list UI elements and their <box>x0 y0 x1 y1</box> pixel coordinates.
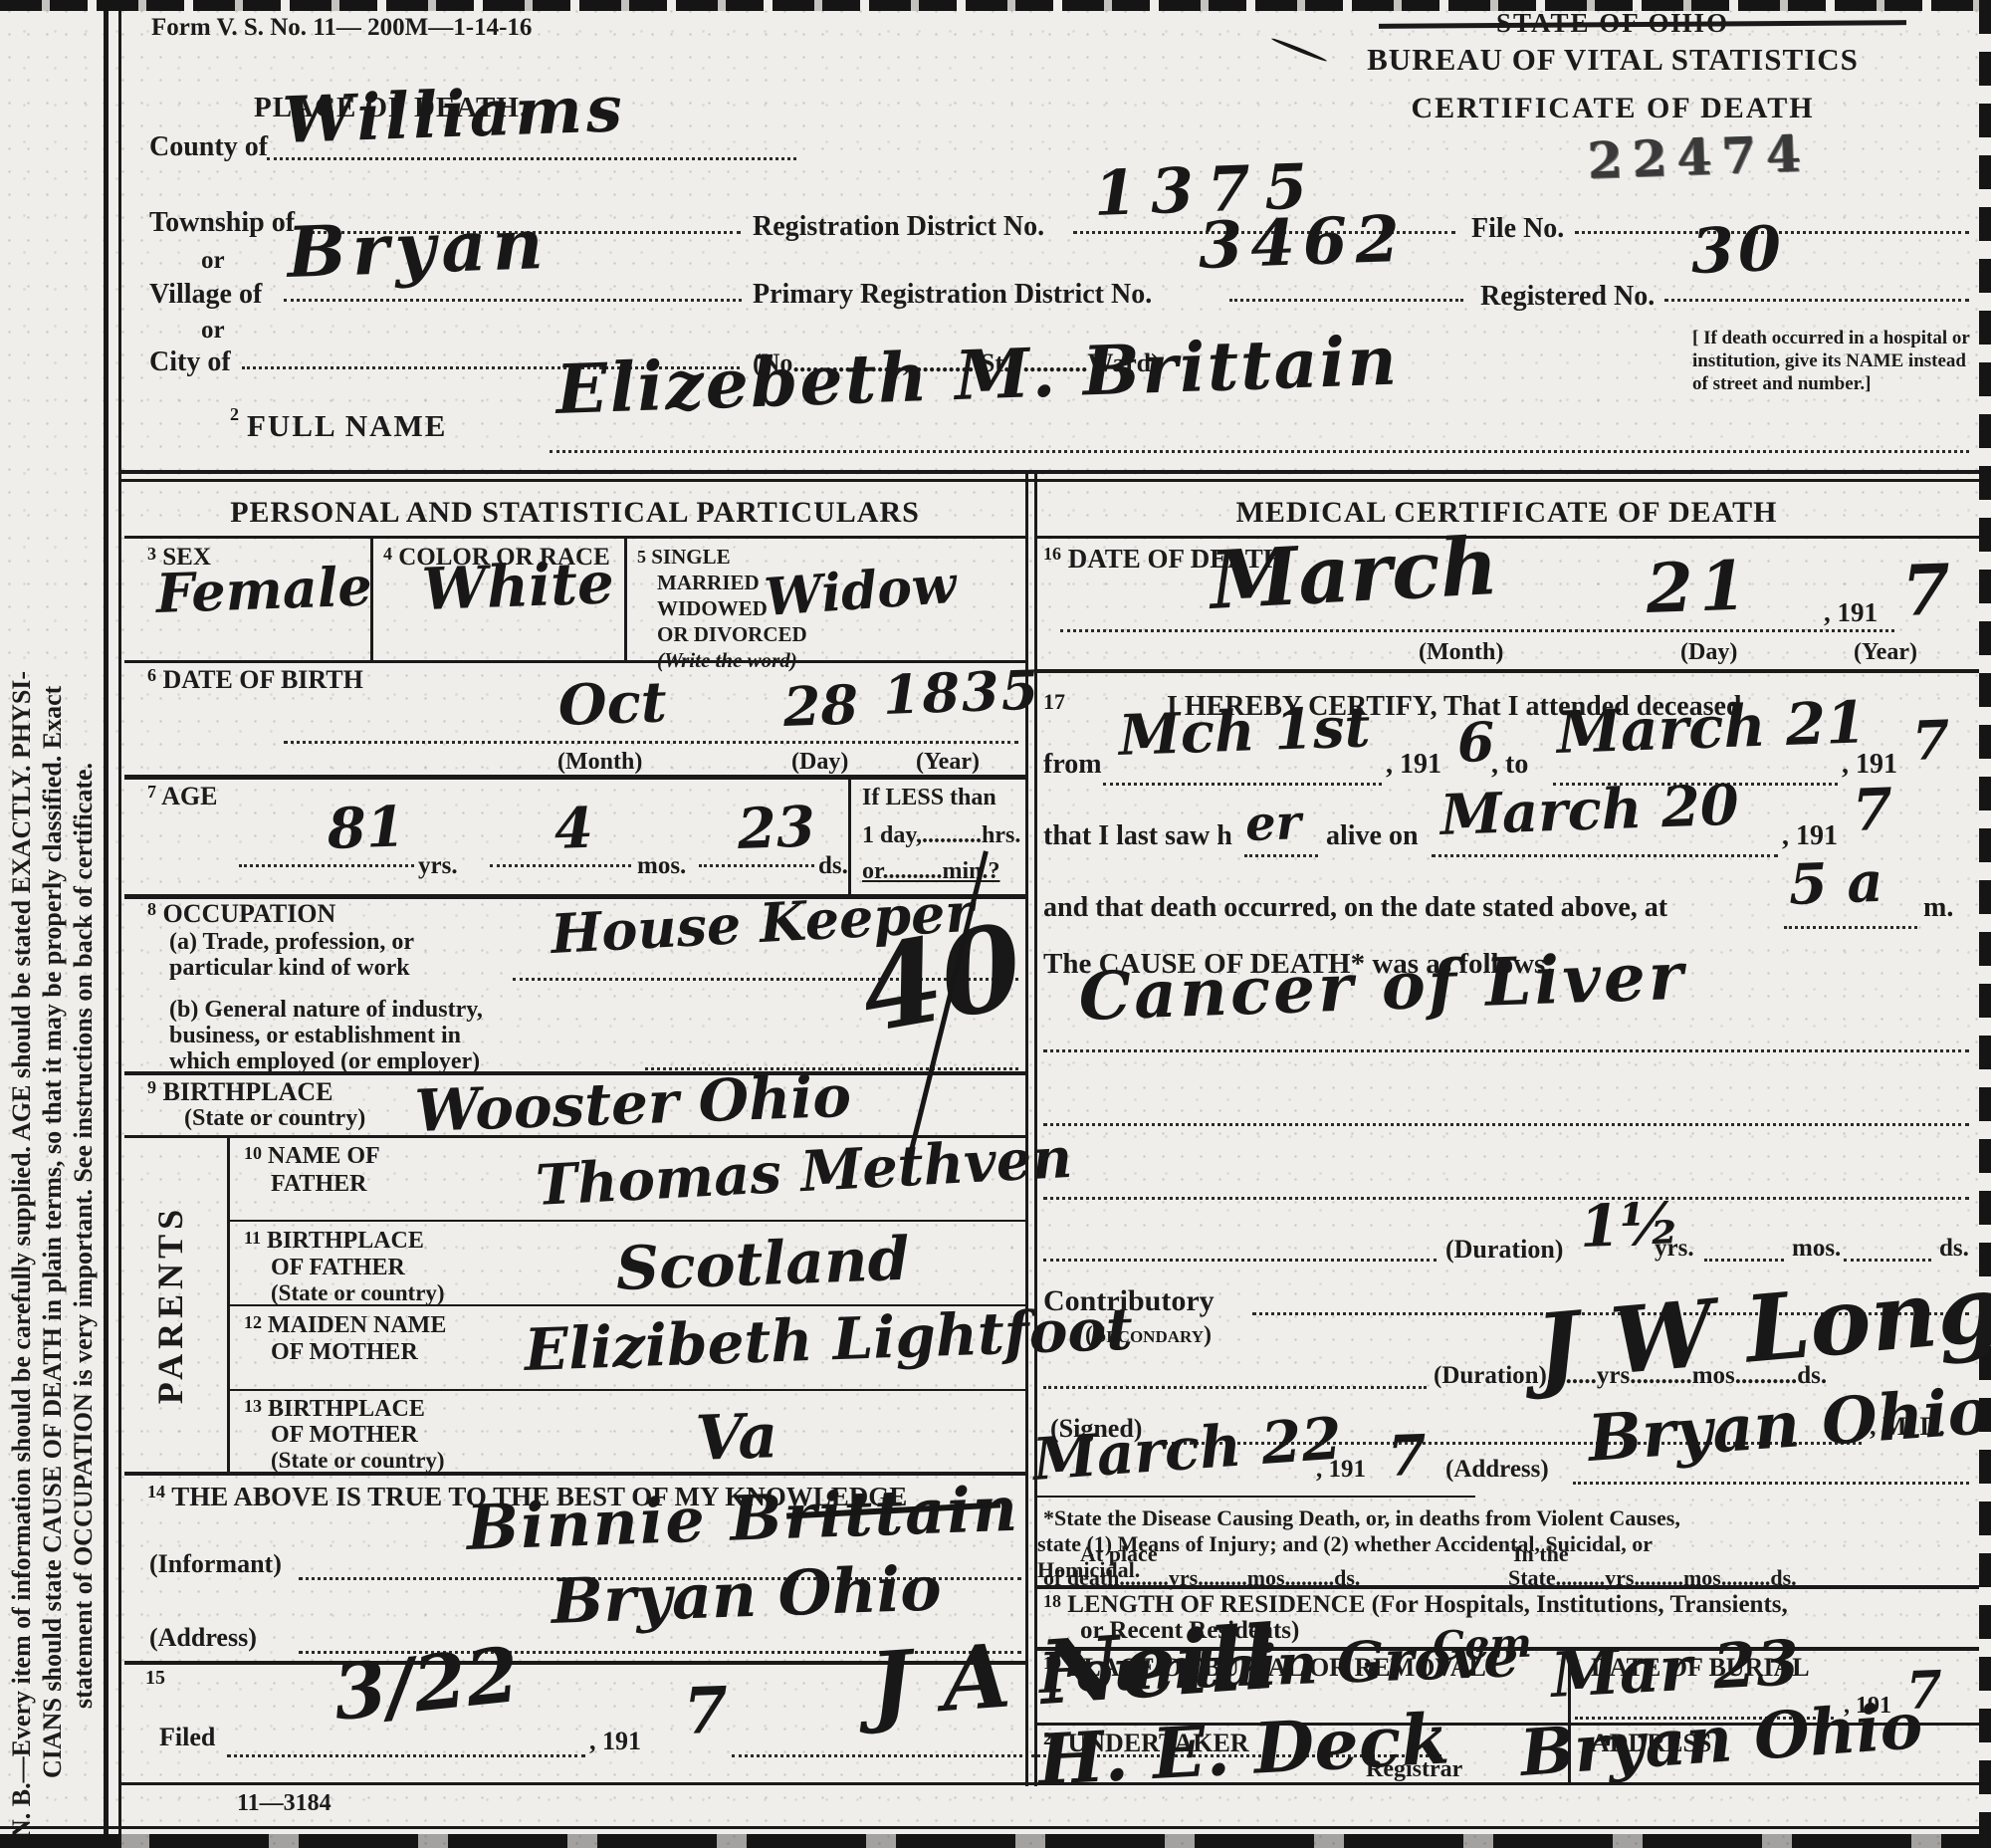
rule <box>1037 1496 1475 1498</box>
dod-month-value: March <box>1208 519 1500 627</box>
filed-year-hw: 7 <box>682 1673 729 1749</box>
field-number: 5 <box>637 547 646 567</box>
dod-year-hw: 7 <box>1900 548 1952 632</box>
full-name-value: Elizebeth M. Brittain <box>554 322 1400 430</box>
rule <box>124 775 1025 780</box>
registration-district-label: Registration District No. <box>753 211 1044 243</box>
dob-year-value: 1835 <box>882 658 1041 727</box>
file-number-stamp: 22474 <box>1587 123 1812 190</box>
ds-caption: ds. <box>818 852 848 880</box>
saw-hw: er <box>1244 795 1302 852</box>
age-months-value: 4 <box>553 796 594 862</box>
label-text: AGE <box>161 782 217 810</box>
occupation-b-line1: (b) General nature of industry, <box>169 997 483 1024</box>
label-text: NAME OF <box>268 1143 380 1169</box>
dotted-rule <box>1704 1259 1784 1262</box>
primary-registration-label: Primary Registration District No. <box>753 279 1152 311</box>
atplace-line1: At place <box>1080 1541 1158 1567</box>
mother-maiden-label2: OF MOTHER <box>271 1339 418 1366</box>
margin-line-1: N. B.—Every item of information should b… <box>6 46 37 1838</box>
dod-day-value: 21 <box>1645 546 1753 629</box>
label-text: BIRTHPLACE <box>267 1228 424 1254</box>
dotted-rule <box>284 741 1018 744</box>
registered-no-label: Registered No. <box>1480 281 1655 313</box>
birthplace-value: Wooster Ohio <box>414 1062 852 1145</box>
rule <box>1037 1585 1979 1589</box>
footnote-line1: *State the Disease Causing Death, or, in… <box>1043 1505 1680 1531</box>
border-rule <box>118 0 121 1848</box>
scan-artifact-top <box>0 0 1991 11</box>
birthplace-sub-label: (State or country) <box>184 1105 365 1132</box>
dotted-rule <box>1573 1482 1969 1485</box>
field-number: 16 <box>1043 544 1061 564</box>
father-name-value: Thomas Methven <box>535 1125 1074 1219</box>
mother-birthplace-value: Va <box>694 1399 778 1475</box>
dotted-rule <box>1043 1197 1969 1200</box>
day-caption: (Day) <box>1680 639 1737 666</box>
informant-address-label: (Address) <box>149 1623 257 1653</box>
filed-date-value: 3/22 <box>330 1630 524 1737</box>
label-text: MAIDEN NAME <box>268 1312 446 1338</box>
to-year-hw: 7 <box>1911 708 1951 773</box>
alive-label: alive on <box>1326 820 1419 852</box>
mos-caption: mos. <box>637 852 686 880</box>
signed-address-label: (Address) <box>1445 1456 1549 1484</box>
full-name-number: 2 <box>230 404 239 425</box>
form-number: Form V. S. No. 11— 200M—1-14-16 <box>151 14 532 42</box>
scan-artifact-bottom <box>0 1834 1991 1848</box>
label-text: BIRTHPLACE <box>163 1077 333 1106</box>
cell-divider <box>624 536 627 662</box>
dotted-rule <box>1244 854 1318 857</box>
parents-side-label: PARENTS <box>149 1190 189 1419</box>
from-year-printed: , 191 <box>1386 749 1441 781</box>
margin-line-2: CIANS should state CAUSE OF DEATH in pla… <box>37 46 68 1838</box>
mother-birthplace-label: 13 BIRTHPLACE <box>244 1396 425 1423</box>
father-name-label: 10 NAME OF <box>244 1143 380 1170</box>
burial-place-super: Cem <box>1432 1620 1532 1670</box>
field-number: 4 <box>383 544 392 564</box>
county-label: County of <box>149 131 268 163</box>
informant-label: (Informant) <box>149 1549 282 1579</box>
to-value: March 21 <box>1556 688 1868 767</box>
occupation-label: 8 OCCUPATION <box>147 899 335 929</box>
margin-line-3: statement of OCCUPATION is very importan… <box>68 46 99 1838</box>
dotted-rule <box>1060 629 1894 632</box>
duration1-label: (Duration) <box>1445 1235 1563 1265</box>
label-text: SINGLE <box>651 545 730 569</box>
duration1-value: 1½ <box>1579 1190 1681 1261</box>
dotted-rule <box>1103 783 1382 786</box>
dotted-rule <box>1664 299 1969 302</box>
mother-birthplace-label2: OF MOTHER <box>271 1422 418 1449</box>
from-label: from <box>1043 749 1102 781</box>
field-number: 8 <box>147 899 156 919</box>
label-text: BIRTHPLACE <box>268 1396 425 1422</box>
field-number: 13 <box>244 1396 262 1416</box>
father-birthplace-label3: (State or country) <box>271 1280 445 1306</box>
age-years-value: 81 <box>327 794 406 862</box>
label-text: WIDOWED <box>657 596 768 620</box>
to-label: , to <box>1491 749 1528 781</box>
rule <box>124 536 1025 539</box>
from-value: Mch 1st <box>1118 694 1372 769</box>
border-rule <box>104 0 109 1848</box>
city-label: City of <box>149 346 231 378</box>
certificate-header: CERTIFICATE OF DEATH <box>1294 92 1931 125</box>
birthplace-label: 9 BIRTHPLACE <box>147 1077 333 1107</box>
rule <box>227 1220 1025 1222</box>
alive-year-hw: 7 <box>1852 776 1894 844</box>
field-number: 14 <box>147 1482 165 1501</box>
scan-artifact-right <box>1979 0 1991 1848</box>
dod-year-printed: , 191 <box>1824 597 1878 628</box>
cell-divider <box>848 775 851 894</box>
month-caption: (Month) <box>557 749 642 776</box>
primary-registration-value: 3462 <box>1197 202 1409 284</box>
hospital-note: [ If death occurred in a hospital or ins… <box>1692 327 1973 395</box>
color-race-value: White <box>421 549 615 623</box>
father-birthplace-label2: OF FATHER <box>271 1255 405 1281</box>
year-caption: (Year) <box>1854 639 1917 666</box>
personal-section-title: PERSONAL AND STATISTICAL PARTICULARS <box>124 496 1025 530</box>
occupation-a-line1: (a) Trade, profession, or <box>169 929 414 956</box>
occurred-label: and that death occurred, on the date sta… <box>1043 892 1667 924</box>
field-number: 6 <box>147 665 156 685</box>
margin-instructions: N. B.—Every item of information should b… <box>6 46 102 1838</box>
occurred-value: 5 a <box>1788 849 1884 918</box>
dotted-rule <box>1432 854 1778 857</box>
medical-section-title: MEDICAL CERTIFICATE OF DEATH <box>1037 496 1976 530</box>
alive-year-printed: , 191 <box>1782 820 1838 852</box>
occurred-m-label: m. <box>1923 892 1953 924</box>
signed-year-hw: 7 <box>1387 1423 1428 1490</box>
less-than-note: If LESS than <box>862 785 996 811</box>
father-birthplace-label: 11 BIRTHPLACE <box>244 1228 424 1255</box>
or-label: or <box>201 317 225 345</box>
field-number: 7 <box>147 782 156 802</box>
section-rule <box>121 479 1979 482</box>
age-days-value: 23 <box>737 794 816 862</box>
filed-year-printed: , 191 <box>589 1727 641 1756</box>
field-number: 9 <box>147 1077 156 1097</box>
dob-month-value: Oct <box>557 669 668 739</box>
dotted-rule <box>1043 1386 1427 1389</box>
filed-number: 15 <box>145 1667 165 1690</box>
rule <box>1037 536 1979 539</box>
death-certificate-scan: N. B.—Every item of information should b… <box>0 0 1991 1848</box>
mother-birthplace-label3: (State or country) <box>271 1448 445 1474</box>
label-text: MARRIED <box>657 571 760 594</box>
certify-number: 17 <box>1043 689 1065 715</box>
father-name-label2: FATHER <box>271 1171 366 1198</box>
full-name-label: FULL NAME <box>247 408 447 444</box>
father-birthplace-value: Scotland <box>615 1225 911 1304</box>
registered-no-value: 30 <box>1689 212 1786 288</box>
dotted-rule <box>239 864 414 867</box>
dotted-rule <box>227 1754 585 1757</box>
village-label: Village of <box>149 279 262 311</box>
label-text: OCCUPATION <box>163 899 336 928</box>
label-text: DATE OF BIRTH <box>163 665 363 694</box>
or-label: or <box>201 247 225 275</box>
from-year-hw: 6 <box>1456 710 1496 775</box>
dotted-rule <box>699 864 814 867</box>
county-value: Williams <box>281 72 627 158</box>
dotted-rule <box>267 157 796 160</box>
rule <box>1037 669 1979 673</box>
sex-value: Female <box>155 554 373 625</box>
age-label: 7 AGE <box>147 782 217 811</box>
rule <box>227 1389 1025 1391</box>
saw-label: that I last saw h <box>1043 820 1232 852</box>
occupation-a-line2: particular kind of work <box>169 955 410 982</box>
yrs-caption: yrs. <box>418 852 458 880</box>
less-than-hrs: 1 day,..........hrs. <box>862 822 1020 849</box>
field-number: 10 <box>244 1143 262 1163</box>
year-caption: (Year) <box>916 749 980 776</box>
dob-day-value: 28 <box>782 672 859 739</box>
mos-caption: mos. <box>1792 1235 1841 1263</box>
field-number: 3 <box>147 544 156 564</box>
dotted-rule <box>1043 1123 1969 1126</box>
field-number: 18 <box>1043 1591 1061 1611</box>
mother-maiden-value: Elizibeth Lightfoot <box>524 1295 1134 1384</box>
file-no-label: File No. <box>1471 213 1564 245</box>
informant-address-value: Bryan Ohio <box>550 1551 942 1638</box>
rule <box>124 1472 1025 1476</box>
dotted-rule <box>1043 1259 1437 1262</box>
dotted-rule <box>1229 299 1463 302</box>
dotted-rule <box>490 864 631 867</box>
dotted-rule <box>1784 926 1917 929</box>
dotted-rule <box>550 450 1969 453</box>
filed-label: Filed <box>159 1723 215 1752</box>
inthe-line1: In the <box>1513 1541 1569 1567</box>
rule <box>0 1826 1991 1829</box>
section-rule <box>121 470 1979 474</box>
mother-maiden-label: 12 MAIDEN NAME <box>244 1312 446 1339</box>
township-label: Township of <box>149 207 295 239</box>
dotted-rule <box>284 299 742 302</box>
month-caption: (Month) <box>1419 639 1503 666</box>
alive-value: March 20 <box>1439 773 1740 848</box>
form-code: 11—3184 <box>237 1790 332 1817</box>
field-number: 12 <box>244 1312 262 1332</box>
cell-divider <box>227 1135 230 1472</box>
dob-label: 6 DATE OF BIRTH <box>147 665 363 695</box>
field-number: 11 <box>244 1228 261 1248</box>
bureau-header: BUREAU OF VITAL STATISTICS <box>1294 42 1931 78</box>
village-value: Bryan <box>286 202 551 294</box>
dotted-rule <box>1043 1049 1969 1052</box>
occupation-b-line2: business, or establishment in <box>169 1023 461 1049</box>
day-caption: (Day) <box>791 749 848 776</box>
